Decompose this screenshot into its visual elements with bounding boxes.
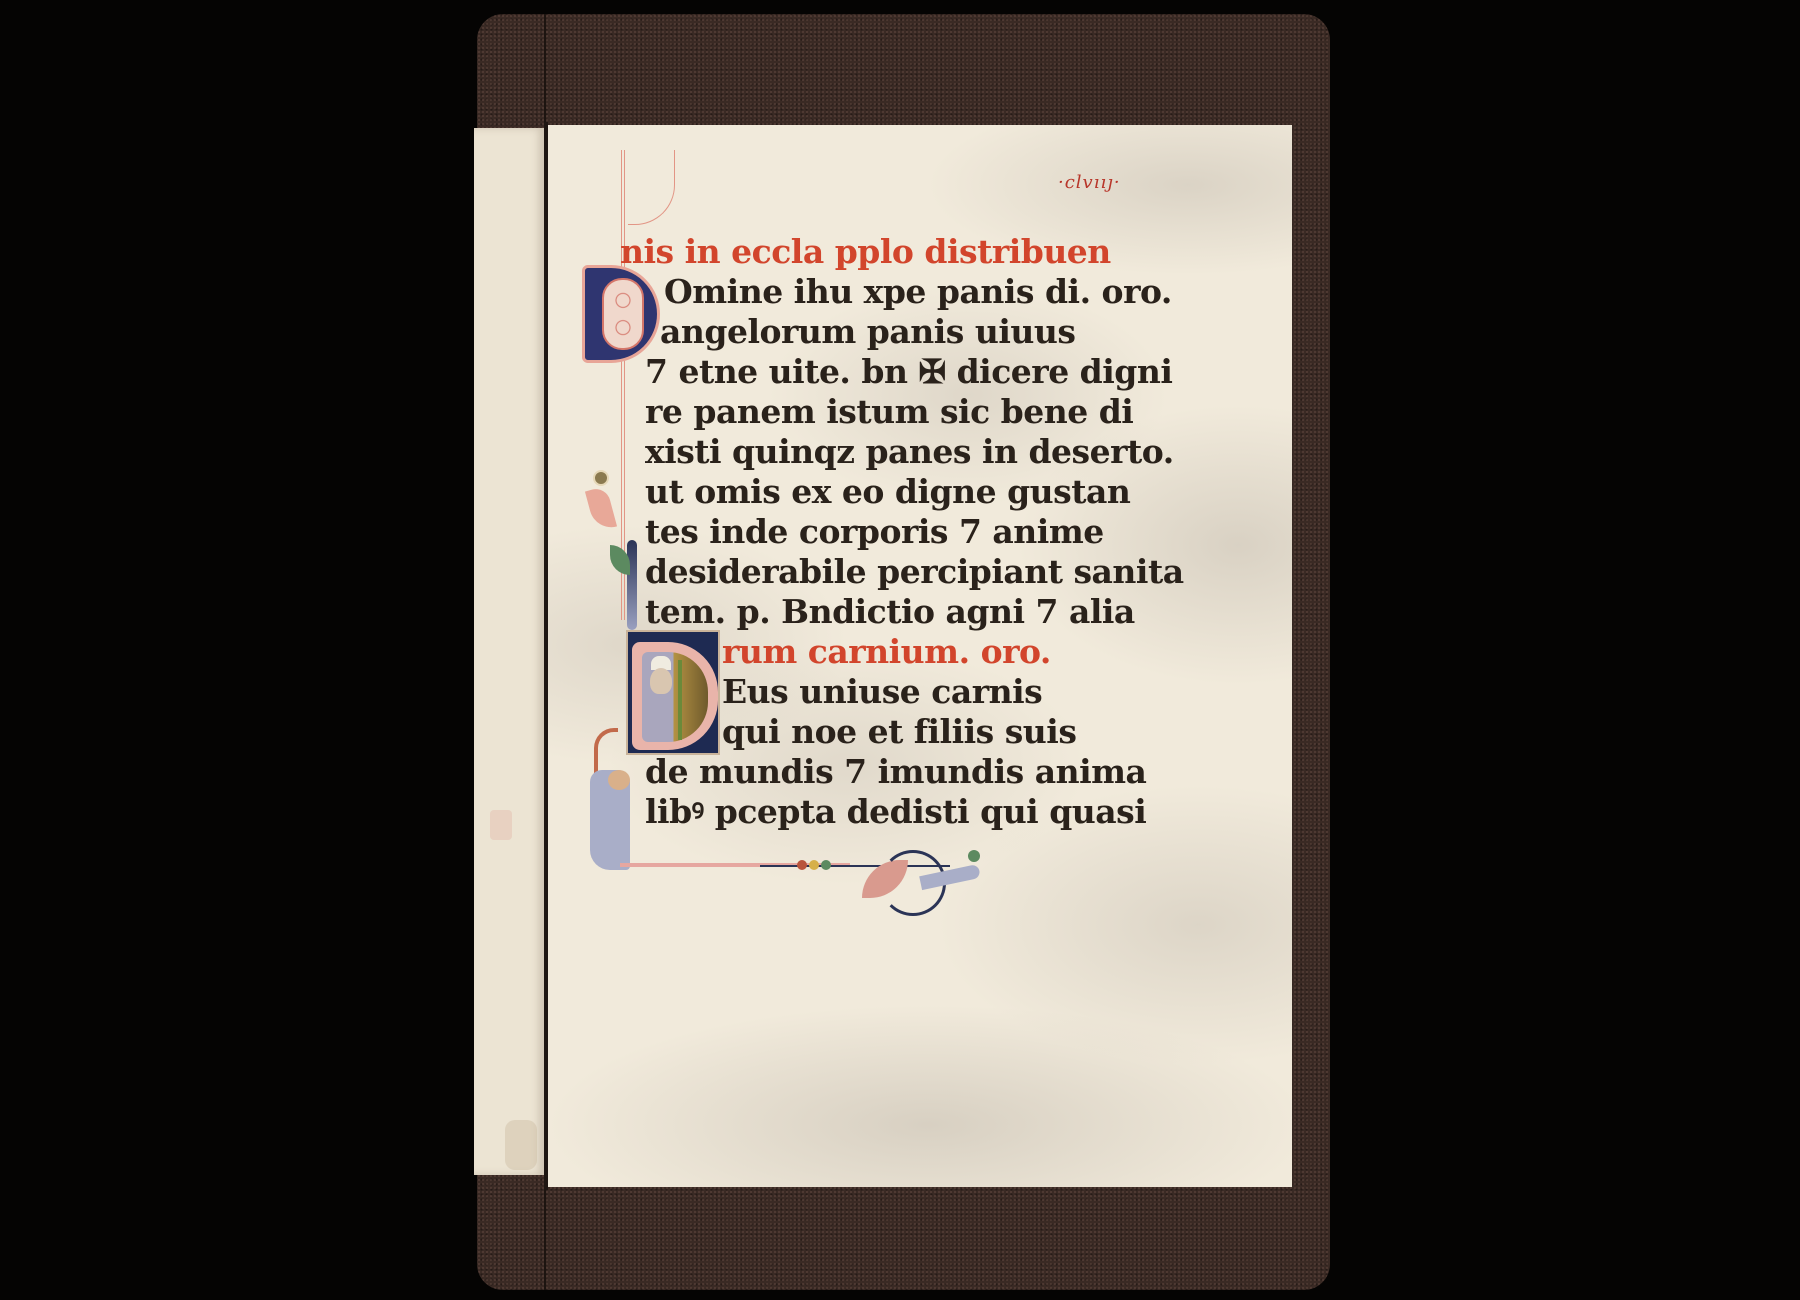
verso-page-edge bbox=[474, 128, 545, 1175]
text-line: desiderabile percipiant sanita bbox=[645, 552, 1184, 592]
bishop-head bbox=[650, 668, 672, 694]
text-line: de mundis 7 imundis anima bbox=[645, 752, 1146, 792]
scroll-bud bbox=[968, 850, 980, 862]
text-line: qui noe et filiis suis bbox=[722, 712, 1076, 752]
text-line: 7 etne uite. bn ✠ dicere digni bbox=[645, 352, 1172, 392]
border-knot bbox=[809, 860, 819, 870]
initial-filigree bbox=[602, 278, 644, 350]
text-line: tem. p. Bndictio agni 7 alia bbox=[645, 592, 1135, 632]
text-line: Omine ihu xpe panis di. oro. bbox=[664, 272, 1172, 312]
folio-number: ·clvııȷ· bbox=[1058, 172, 1121, 193]
text-line: rum carnium. oro. bbox=[722, 632, 1051, 672]
text-line: Eus uniuse carnis bbox=[722, 672, 1042, 712]
border-knot bbox=[797, 860, 807, 870]
text-line: angelorum panis uiuus bbox=[660, 312, 1075, 352]
verso-stain bbox=[490, 810, 512, 840]
text-line: nis in eccla pplo distribuen bbox=[620, 232, 1111, 272]
marginal-figure-head bbox=[608, 770, 630, 790]
border-knot bbox=[821, 860, 831, 870]
marginal-stem bbox=[627, 540, 637, 630]
text-line: re panem istum sic bene di bbox=[645, 392, 1133, 432]
text-line: ut omis ex eo digne gustan bbox=[645, 472, 1130, 512]
verso-stain bbox=[505, 1120, 537, 1170]
text-line: xisti quinqz panes in deserto. bbox=[645, 432, 1174, 472]
text-line: tes inde corporis 7 anime bbox=[645, 512, 1104, 552]
marginal-bud bbox=[593, 470, 609, 486]
crozier bbox=[678, 660, 682, 740]
text-line: libꝰ pcepta dedisti qui quasi bbox=[645, 792, 1146, 832]
